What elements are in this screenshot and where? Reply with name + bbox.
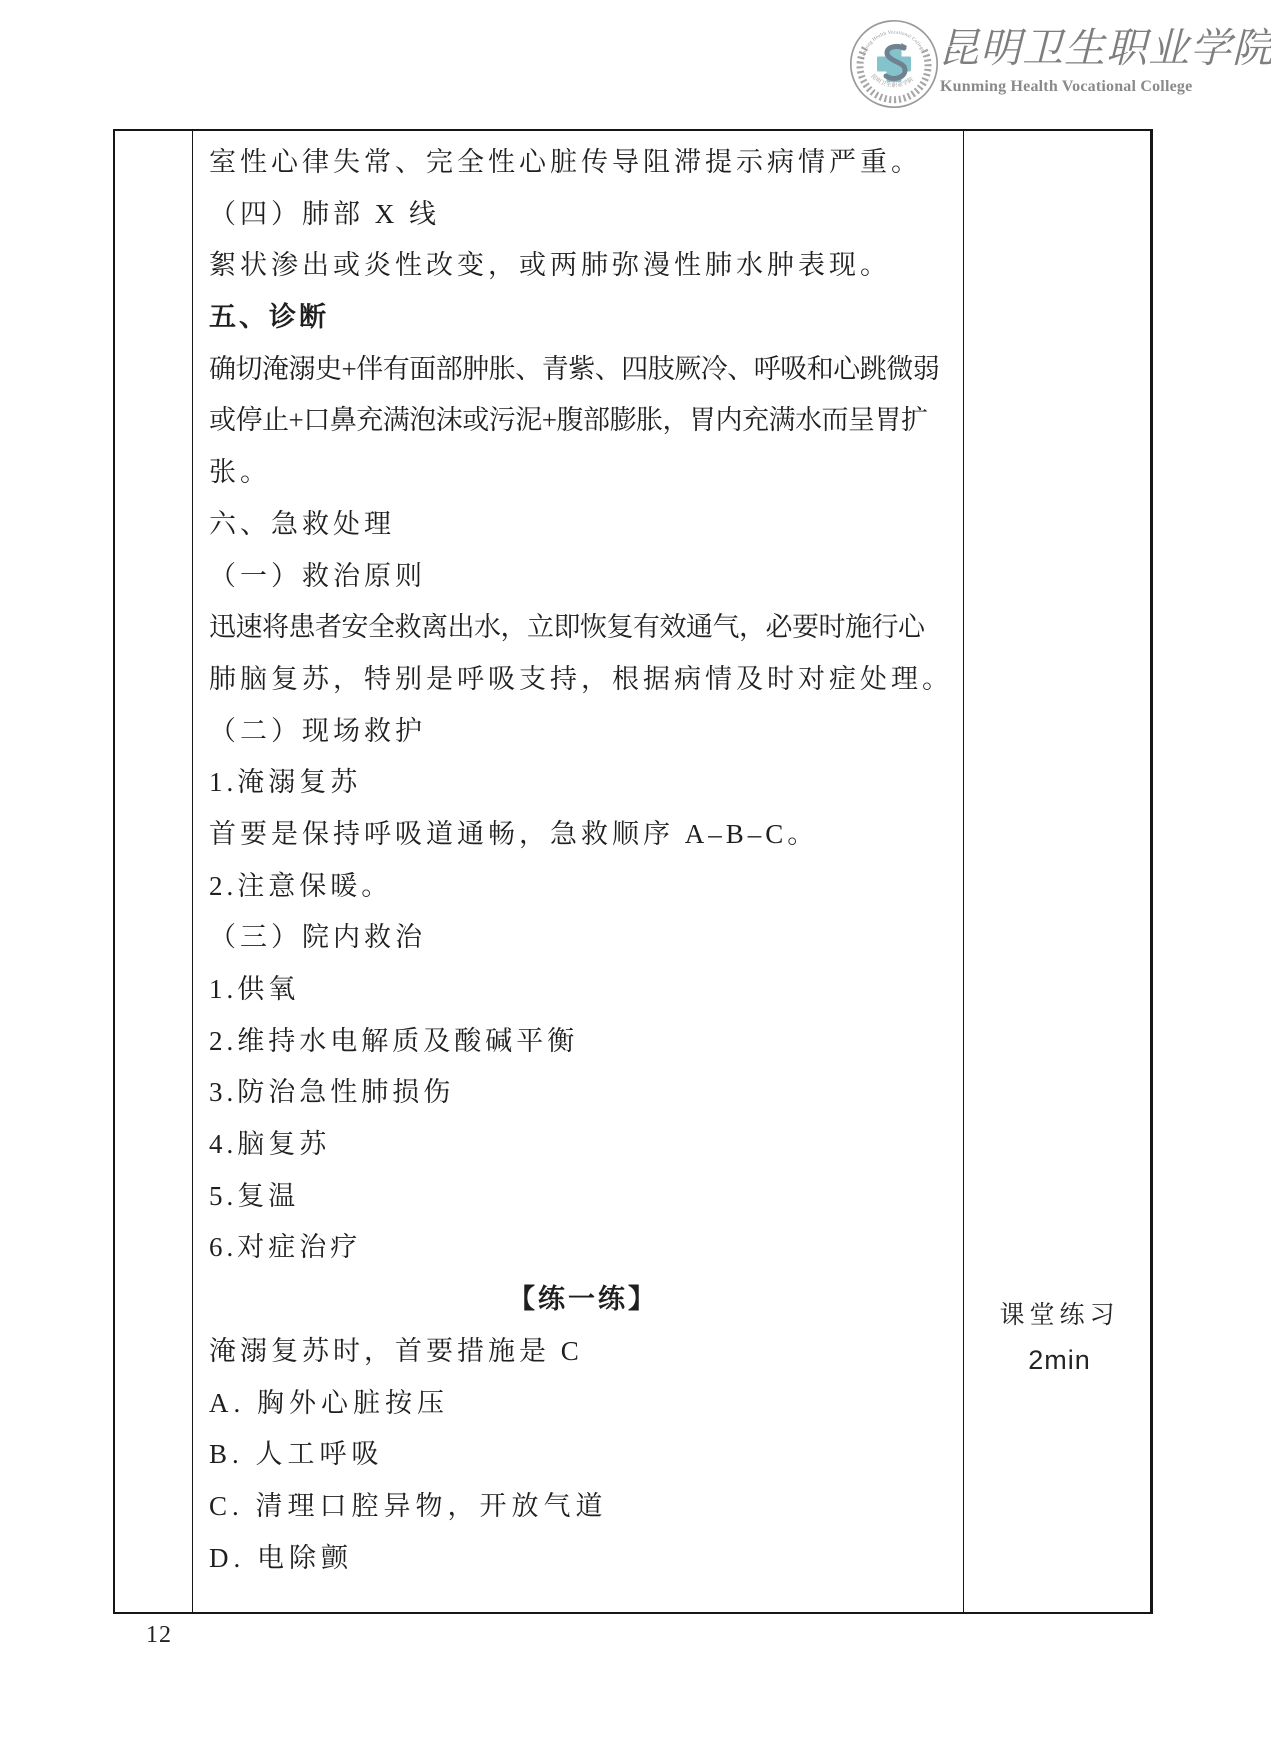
page-header: Kunming Health Vocational College 昆明卫生职业…	[0, 0, 1271, 120]
table-content-cell: 室性心律失常、完全性心脏传导阻滞提示病情严重。 （四）肺部 X 线 絮状渗出或炎…	[192, 131, 964, 1612]
content-line: 3.防治急性肺损伤	[209, 1067, 957, 1119]
side-note: 课堂练习 2min	[964, 1293, 1155, 1383]
option-line: C. 清理口腔异物，开放气道	[209, 1481, 957, 1533]
side-note-duration: 2min	[964, 1338, 1155, 1383]
content-line: （三）院内救治	[209, 912, 957, 964]
content-line: 肺脑复苏，特别是呼吸支持，根据病情及时对症处理。	[209, 654, 957, 706]
content-line: 或停止+口鼻充满泡沫或污泥+腹部膨胀，胃内充满水而呈胃扩	[209, 395, 957, 447]
content-line: （四）肺部 X 线	[209, 189, 957, 241]
content-line: 2.维持水电解质及酸碱平衡	[209, 1016, 957, 1068]
content-line: （一）救治原则	[209, 551, 957, 603]
college-name-en: Kunming Health Vocational College	[940, 78, 1180, 96]
table-annotation-cell: 课堂练习 2min	[964, 131, 1155, 1612]
content-line: 絮状渗出或炎性改变，或两肺弥漫性肺水肿表现。	[209, 240, 957, 292]
content-line: 首要是保持呼吸道通畅，急救顺序 A–B–C。	[209, 809, 957, 861]
option-line: D. 电除颤	[209, 1533, 957, 1585]
side-note-label: 课堂练习	[964, 1293, 1155, 1338]
content-line: （二）现场救护	[209, 706, 957, 758]
content-line: 6.对症治疗	[209, 1222, 957, 1274]
section-heading: 五、诊断	[209, 292, 957, 344]
question-line: 淹溺复苏时，首要措施是 C	[209, 1326, 957, 1378]
option-line: B. 人工呼吸	[209, 1429, 957, 1481]
college-name-zh: 昆明卫生职业学院	[938, 22, 1178, 74]
content-line: 5.复温	[209, 1171, 957, 1223]
content-line: 1.供氧	[209, 964, 957, 1016]
option-line: A. 胸外心脏按压	[209, 1378, 957, 1430]
page-number: 12	[146, 1622, 172, 1649]
college-seal-logo: Kunming Health Vocational College 昆明卫生职业…	[849, 19, 939, 109]
content-line: 确切淹溺史+伴有面部肿胀、青紫、四肢厥冷、呼吸和心跳微弱	[209, 344, 957, 396]
document-page: Kunming Health Vocational College 昆明卫生职业…	[0, 0, 1271, 1763]
table-left-cell	[115, 131, 192, 1612]
content-line: 张。	[209, 447, 957, 499]
section-heading: 六、急救处理	[209, 499, 957, 551]
content-line: 4.脑复苏	[209, 1119, 957, 1171]
content-line: 2.注意保暖。	[209, 861, 957, 913]
lesson-plan-table: 室性心律失常、完全性心脏传导阻滞提示病情严重。 （四）肺部 X 线 絮状渗出或炎…	[113, 129, 1153, 1614]
practice-heading: 【练一练】	[209, 1274, 957, 1326]
content-line: 迅速将患者安全救离出水，立即恢复有效通气，必要时施行心	[209, 602, 957, 654]
content-line: 1.淹溺复苏	[209, 757, 957, 809]
content-line: 室性心律失常、完全性心脏传导阻滞提示病情严重。	[209, 137, 957, 189]
